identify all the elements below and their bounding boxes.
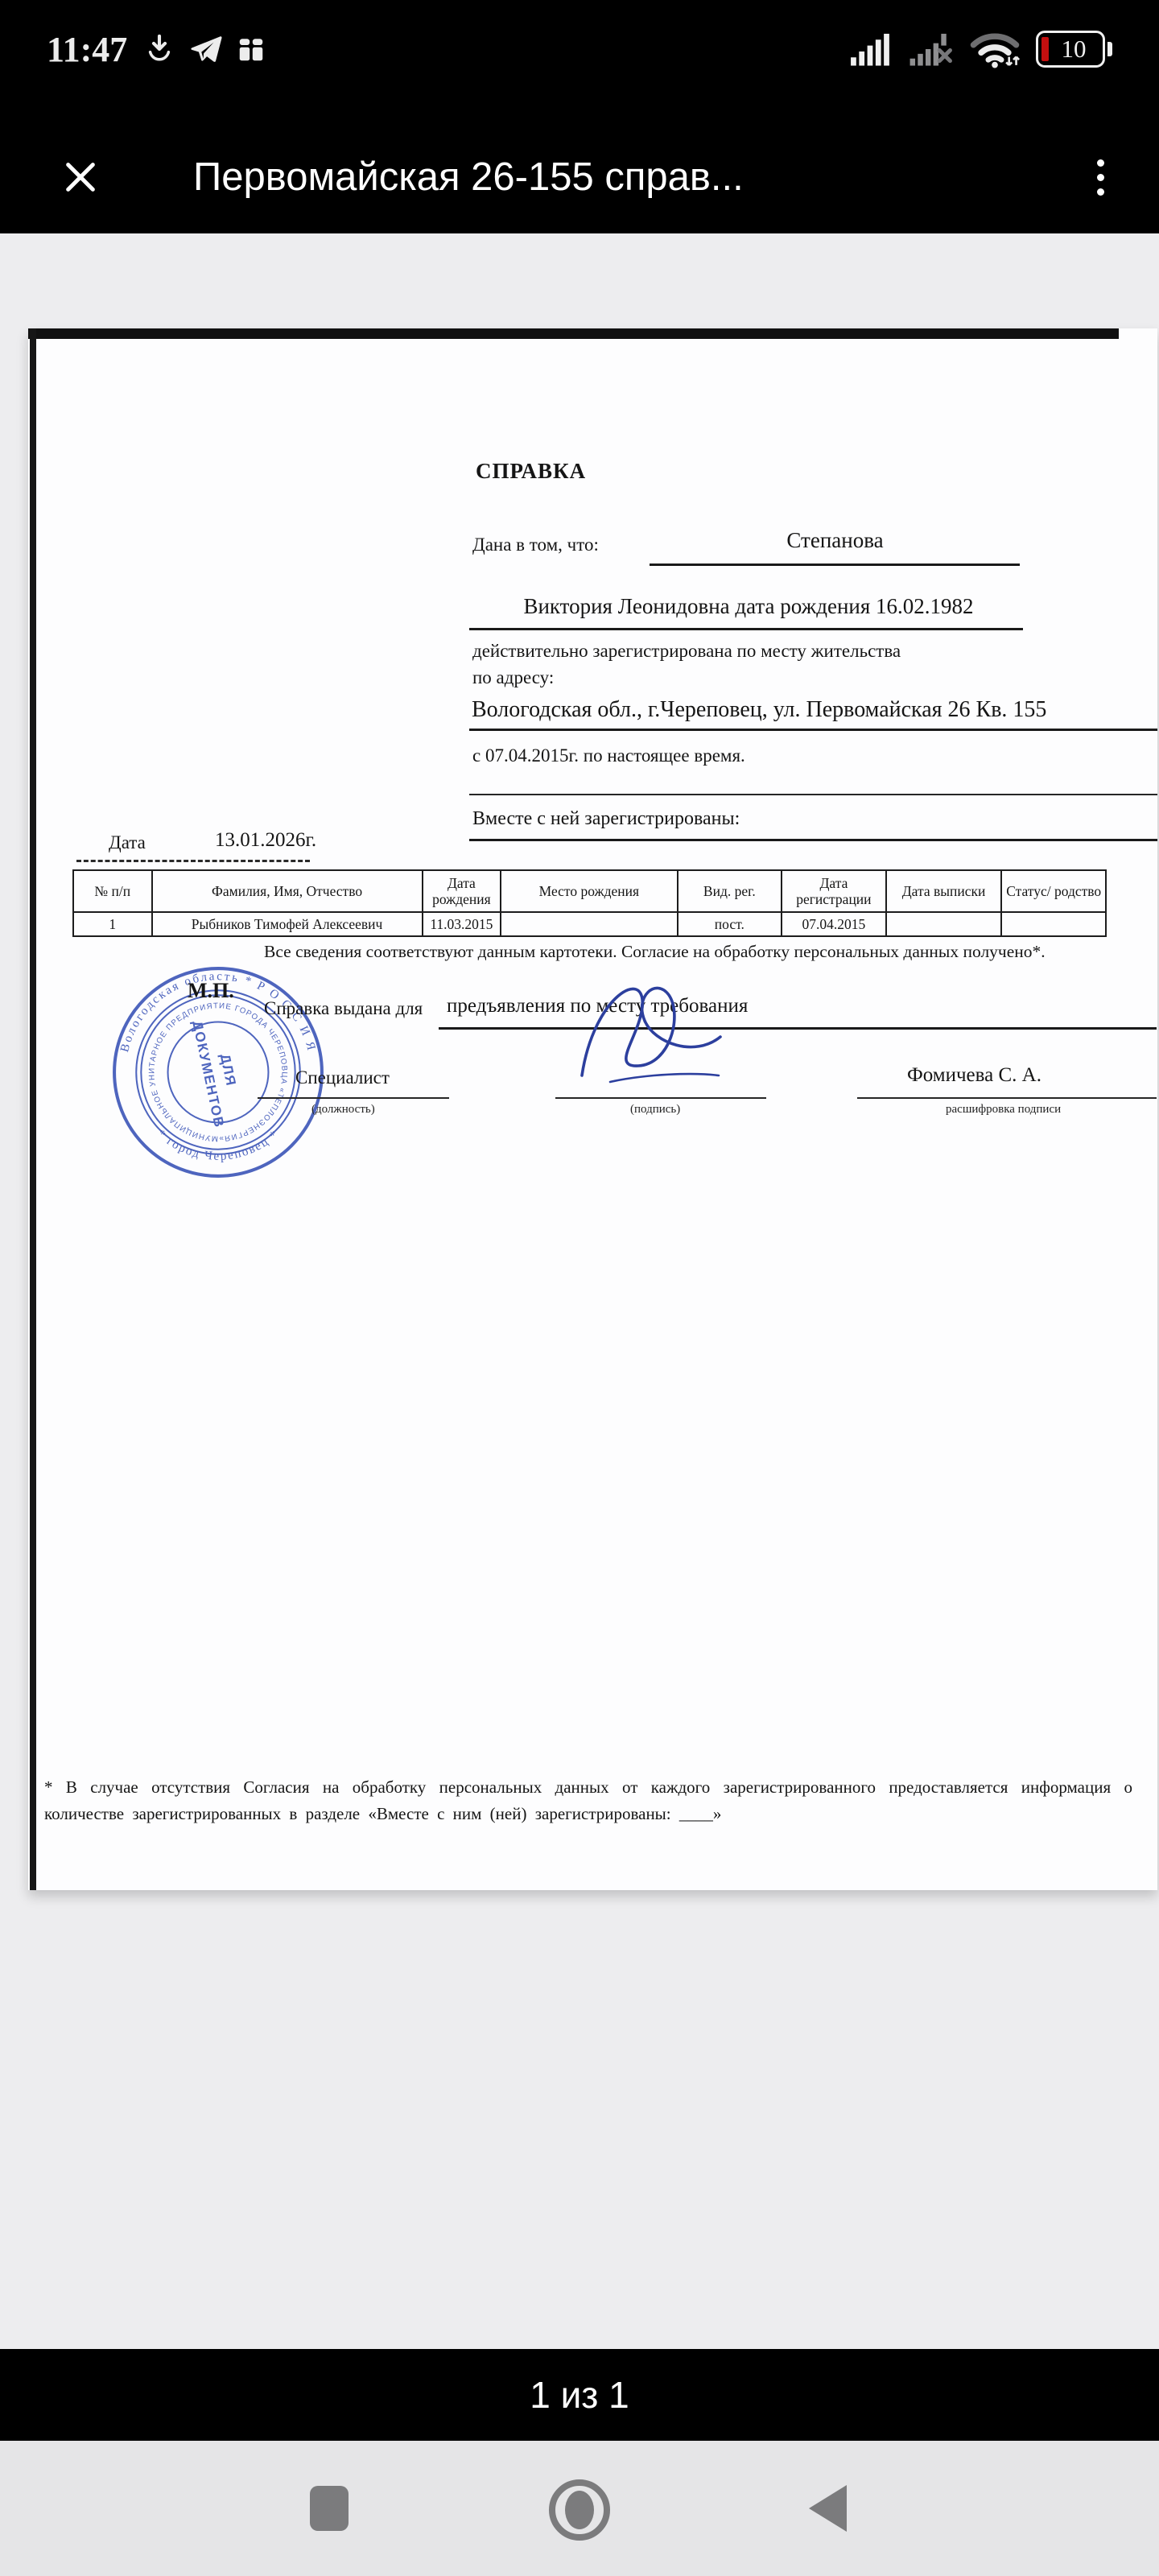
date-label: Дата <box>109 832 146 853</box>
date-value: 13.01.2026г. <box>215 829 316 852</box>
specialist-sub: (должность) <box>311 1103 375 1117</box>
doc-heading: СПРАВКА <box>476 459 586 484</box>
col-header: Вид. рег. <box>678 870 782 912</box>
android-nav-bar <box>0 2441 1159 2576</box>
registered-line1: действительно зарегистрирована по месту … <box>472 641 901 662</box>
cell-fio: Рыбников Тимофей Алексеевич <box>152 912 423 936</box>
cell-dischargedate <box>886 912 1002 936</box>
signer-sub: расшифровка подписи <box>946 1103 1061 1117</box>
stamp-place-mark: М.П. <box>188 979 234 1003</box>
page-indicator-bar: 1 из 1 <box>0 2349 1159 2441</box>
col-header: Дата выписки <box>886 870 1002 912</box>
cell-birthdate: 11.03.2015 <box>423 912 501 936</box>
scan-edge-left <box>30 328 36 1890</box>
specialist-label: Специалист <box>295 1067 390 1088</box>
document-title: Первомайская 26-155 справ... <box>193 155 744 200</box>
gift-icon <box>237 35 266 64</box>
registered-table: № п/п Фамилия, Имя, Отчество Дата рожден… <box>72 869 1107 937</box>
registered-line2: по адресу: <box>472 667 554 688</box>
stamp-bottom-text: * город Череповец * <box>155 1128 282 1163</box>
cell-birthplace <box>501 912 677 936</box>
page-indicator-text: 1 из 1 <box>530 2373 629 2417</box>
table-row: 1 Рыбников Тимофей Алексеевич 11.03.2015… <box>73 912 1106 936</box>
document-viewer[interactable]: СПРАВКА Дана в том, что: Степанова Викто… <box>0 233 1159 2349</box>
battery-icon: 10 <box>1036 31 1112 68</box>
signal-no-data-icon <box>909 31 954 67</box>
close-button[interactable] <box>56 153 105 201</box>
surname-value: Степанова <box>652 528 1018 553</box>
home-circle-icon[interactable] <box>549 2479 610 2541</box>
back-triangle-icon[interactable] <box>809 2485 847 2532</box>
status-bar: 11:47 <box>0 21 1159 77</box>
issued-label: Дана в том, что: <box>472 535 599 555</box>
col-header: Место рождения <box>501 870 677 912</box>
stamp-center-line1: ДЛЯ <box>217 1052 239 1088</box>
together-label: Вместе с ней зарегистрированы: <box>472 808 740 830</box>
address-line: Вологодская обл., г.Череповец, ул. Перво… <box>472 697 1046 723</box>
cell-num: 1 <box>73 912 152 936</box>
download-icon <box>145 34 174 64</box>
clock: 11:47 <box>47 29 127 70</box>
period-line: с 07.04.2015г. по настоящее время. <box>472 745 745 766</box>
battery-percent: 10 <box>1055 35 1087 64</box>
handwritten-signature <box>534 947 775 1100</box>
cell-status <box>1001 912 1106 936</box>
close-x-icon <box>62 159 99 196</box>
col-header: № п/п <box>73 870 152 912</box>
col-header: Статус/ родство <box>1001 870 1106 912</box>
col-header: Дата регистрации <box>782 870 886 912</box>
top-black-area: 11:47 <box>0 0 1159 233</box>
three-dot-menu-icon <box>1097 159 1104 167</box>
signature-sub: (подпись) <box>630 1103 680 1117</box>
issued-for-label: Справка выдана для <box>264 998 423 1019</box>
col-header: Фамилия, Имя, Отчество <box>152 870 423 912</box>
table-header-row: № п/п Фамилия, Имя, Отчество Дата рожден… <box>73 870 1106 912</box>
signer-name: Фомичева С. А. <box>907 1064 1041 1087</box>
screen: 11:47 <box>0 0 1159 2576</box>
signal-full-icon <box>849 31 893 67</box>
battery-low-fill <box>1041 37 1049 61</box>
footnote: * В случае отсутствия Согласия на обрабо… <box>44 1774 1132 1827</box>
telegram-icon <box>188 34 222 64</box>
document-page: СПРАВКА Дана в том, что: Степанова Викто… <box>28 328 1157 1890</box>
title-bar: Первомайская 26-155 справ... <box>0 121 1159 233</box>
wifi-icon <box>970 30 1020 68</box>
status-right-icons: 10 <box>849 30 1112 68</box>
name-birth-line: Виктория Леонидовна дата рождения 16.02.… <box>471 594 1026 619</box>
cell-regdate: 07.04.2015 <box>782 912 886 936</box>
recents-square-icon[interactable] <box>310 2486 349 2531</box>
battery-terminal <box>1107 42 1112 56</box>
overflow-menu-button[interactable] <box>1087 150 1114 205</box>
scan-edge-top <box>28 328 1157 339</box>
svg-text:* город Череповец *: * город Череповец * <box>155 1128 282 1163</box>
cell-regtype: пост. <box>678 912 782 936</box>
col-header: Дата рождения <box>423 870 501 912</box>
